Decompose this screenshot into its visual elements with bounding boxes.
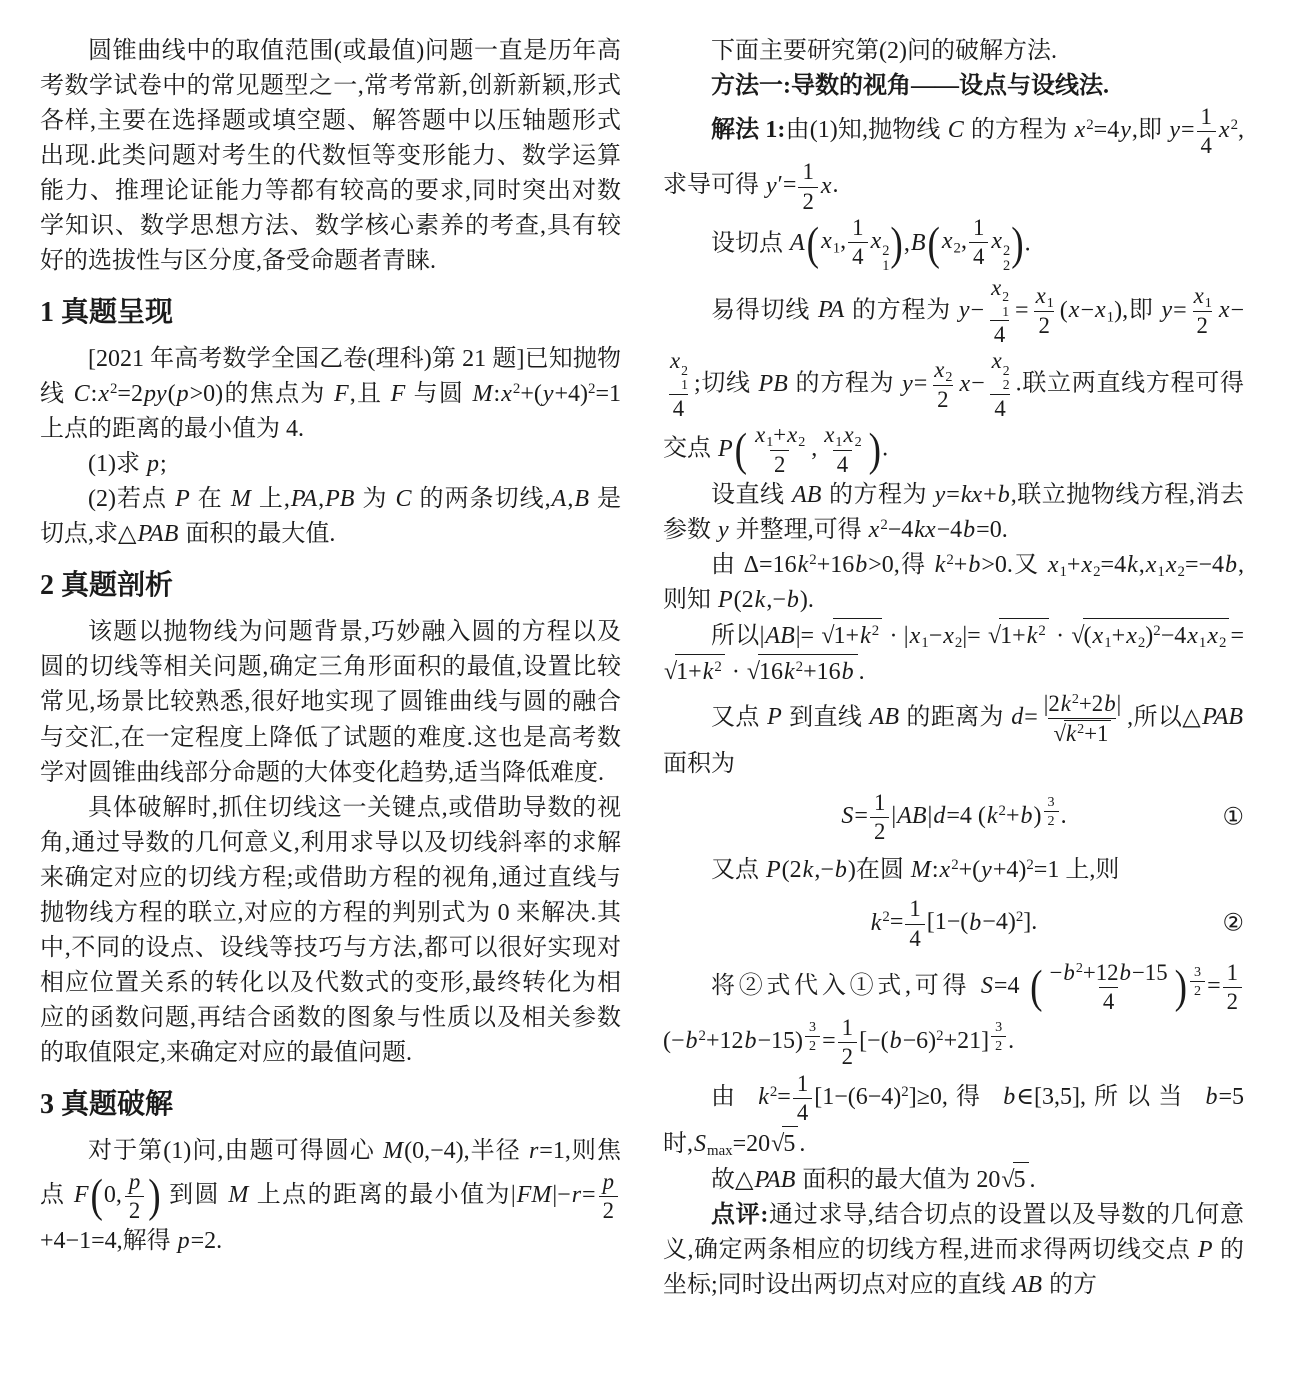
math-variable: b xyxy=(1204,1084,1218,1110)
fraction: 12 xyxy=(838,1015,857,1070)
math-variable: k xyxy=(1065,721,1077,746)
math-variable: k xyxy=(757,1084,770,1110)
fraction: x214 xyxy=(986,275,1013,349)
fraction: 32 xyxy=(991,1019,1006,1055)
math-variable: b xyxy=(1002,1084,1016,1110)
fraction: 12 xyxy=(870,790,889,845)
superscript: 2 xyxy=(1086,117,1093,133)
math-variable: x xyxy=(1218,117,1231,143)
parenthesized-group: (x1+x22,x1x24) xyxy=(734,422,882,478)
math-variable: x xyxy=(868,517,881,543)
sup-sub-stack: 21 xyxy=(1002,290,1009,319)
math-variable: AB xyxy=(896,803,927,829)
math-variable: AB xyxy=(791,482,822,508)
parenthesized-group: (x2,14x22) xyxy=(926,215,1024,275)
fraction: p2 xyxy=(598,1169,619,1224)
fraction: 14 xyxy=(848,215,867,270)
math-variable: x xyxy=(823,422,835,447)
math-variable: x xyxy=(1094,297,1107,323)
math-variable: b xyxy=(744,1028,758,1054)
math-variable: p xyxy=(146,451,160,477)
math-variable: y xyxy=(1168,117,1181,143)
math-variable: S xyxy=(693,1131,707,1157)
fraction: 14 xyxy=(1197,104,1216,159)
sup-sub-stack: 21 xyxy=(681,364,688,393)
math-variable: x xyxy=(991,348,1003,373)
math-variable: x xyxy=(1145,552,1158,578)
math-variable: p xyxy=(602,1169,615,1194)
math-variable: b xyxy=(1020,803,1034,829)
math-variable: M xyxy=(382,1138,404,1164)
fraction: x224 xyxy=(987,348,1014,422)
superscript: 2 xyxy=(714,659,721,675)
superscript: 2 xyxy=(796,659,803,675)
math-variable: k xyxy=(783,659,796,685)
discriminant-paragraph: 由 Δ=16k2+16b>0,得 k2+b>0.又 x1+x2=4k,x1x2=… xyxy=(663,548,1244,618)
subscript: 1 xyxy=(921,636,928,652)
superscript: 2 xyxy=(882,909,889,925)
superscript: 2 xyxy=(770,1084,777,1100)
square-root: √k2+1 xyxy=(1053,720,1111,747)
math-variable: F xyxy=(333,381,350,407)
line-ab-paragraph: 设直线 AB 的方程为 y=kx+b,联立抛物线方程,消去参数 y 并整理,可得… xyxy=(663,478,1244,548)
math-variable: kx xyxy=(913,517,936,543)
superscript: 2 xyxy=(880,517,887,533)
math-variable: b xyxy=(1119,960,1132,985)
math-variable: P xyxy=(1197,1237,1214,1263)
distance-paragraph: 又点 P 到直线 AB 的距离为 d=|2k2+2b|√k2+1,所以△PAB … xyxy=(663,691,1244,782)
superscript: 2 xyxy=(699,1028,706,1044)
math-variable: x xyxy=(842,422,854,447)
math-variable: y xyxy=(1119,117,1132,143)
math-variable: p xyxy=(128,1169,141,1194)
superscript: 2 xyxy=(1038,623,1045,639)
math-variable: M xyxy=(227,1182,249,1208)
math-variable: x xyxy=(1092,623,1105,649)
math-variable: y xyxy=(542,381,555,407)
subscript: 2 xyxy=(955,636,962,652)
subscript: 1 xyxy=(833,240,840,256)
fraction: x12 xyxy=(1031,283,1058,339)
subscript: max xyxy=(707,1143,733,1159)
math-variable: k xyxy=(986,803,999,829)
ab-length-paragraph: 所以|AB|= √1+k2 · |x1−x2|= √1+k2 · √(x1+x2… xyxy=(663,618,1244,690)
solution-1-paragraph: 解法 1:由(1)知,抛物线 C 的方程为 x2=4y,即 y=14x2,求导可… xyxy=(663,104,1244,215)
math-variable: x xyxy=(933,357,945,382)
comment-paragraph: 点评:通过求导,结合切点的设置以及导数的几何意义,确定两条相应的切线方程,进而求… xyxy=(663,1198,1244,1303)
math-variable: x xyxy=(942,623,955,649)
math-variable: F xyxy=(390,381,407,407)
superscript: 2 xyxy=(946,552,953,568)
math-variable: PA xyxy=(817,297,845,323)
superscript: 32 xyxy=(803,1028,822,1044)
fraction: x22 xyxy=(929,357,956,413)
analysis-paragraph-2: 具体破解时,抓住切线这一关键点,或借助导数的视角,通过导数的几何意义,利用求导以… xyxy=(40,791,621,1071)
math-variable: P xyxy=(174,486,191,512)
fraction: 32 xyxy=(1190,964,1205,1000)
bold-run: 解法 1: xyxy=(711,117,785,143)
math-variable: PB xyxy=(324,486,355,512)
square-root: √5 xyxy=(1001,1162,1028,1198)
lead-paragraph: 下面主要研究第(2)问的破解方法. xyxy=(663,34,1244,69)
math-variable: x xyxy=(754,422,766,447)
math-variable: x xyxy=(1074,117,1087,143)
math-variable: x xyxy=(1186,623,1199,649)
fraction: 32 xyxy=(1044,794,1059,830)
math-variable: k xyxy=(702,659,715,685)
math-variable: P xyxy=(717,587,734,613)
math-variable: x xyxy=(941,228,954,254)
math-variable: PA xyxy=(290,486,318,512)
math-variable: S xyxy=(840,803,854,829)
math-variable: p xyxy=(176,381,190,407)
math-variable: y xyxy=(901,371,914,397)
math-variable: PAB xyxy=(136,521,179,547)
square-root: √(x1+x2)2−4x1x2 xyxy=(1071,618,1229,654)
math-variable: y xyxy=(765,173,778,199)
bold-run: 方法一:导数的视角——设点与设线法. xyxy=(711,73,1109,99)
question-2: (2)若点 P 在 M 上,PA,PB 为 C 的两条切线,A,B 是切点,求△… xyxy=(40,482,621,552)
math-variable: x xyxy=(820,173,833,199)
math-variable: b xyxy=(1224,552,1238,578)
math-variable: k xyxy=(1126,552,1139,578)
parenthesized-group: (0,p2) xyxy=(90,1169,162,1224)
superscript: 2 xyxy=(872,623,879,639)
math-variable: k xyxy=(802,857,815,883)
math-variable: A xyxy=(789,230,806,256)
square-root: √1+k2 xyxy=(988,618,1049,654)
question-1: (1)求 p; xyxy=(40,447,621,482)
fraction: 12 xyxy=(798,159,817,214)
square-root: √1+k2 xyxy=(821,618,882,654)
math-variable: x xyxy=(1125,623,1138,649)
subscript: 2 xyxy=(1219,636,1226,652)
math-variable: F xyxy=(73,1182,90,1208)
math-variable: C xyxy=(395,486,413,512)
equation-1-body: S=12|AB|d=4 (k2+b)32. xyxy=(840,790,1066,845)
domain-paragraph: 由 k2=14[1−(6−4)2]≥0,得 b∈[3,5],所以当 b=5 时,… xyxy=(663,1071,1244,1162)
math-variable: x xyxy=(669,348,681,373)
math-variable: k xyxy=(870,910,883,936)
subscript: 1 xyxy=(1104,636,1111,652)
section-heading-1: 1 真题呈现 xyxy=(40,295,621,330)
math-variable: AB xyxy=(764,623,795,649)
sup-sub-stack: 21 xyxy=(882,244,889,274)
math-variable: P xyxy=(765,857,782,883)
square-root: √1+k2 xyxy=(664,654,725,690)
article-page: 圆锥曲线中的取值范围(或最值)问题一直是历年高考数学试卷中的常见题型之一,常考常… xyxy=(0,0,1300,1383)
math-variable: x xyxy=(1035,283,1047,308)
math-variable: b xyxy=(889,1028,903,1054)
math-variable: kx xyxy=(960,482,983,508)
math-variable: C xyxy=(73,381,91,407)
math-variable: b xyxy=(786,587,800,613)
equation-2-body: k2=14[1−(b−4)2]. xyxy=(870,896,1038,951)
math-variable: B xyxy=(573,486,590,512)
method-1-title: 方法一:导数的视角——设点与设线法. xyxy=(663,69,1244,104)
subscript: 2 xyxy=(945,369,952,385)
superscript: 2 xyxy=(999,803,1006,819)
math-variable: y xyxy=(1160,297,1173,323)
tangent-lines-paragraph: 易得切线 PA 的方程为 y−x214=x12(x−x1),即 y=x12x−x… xyxy=(663,275,1244,479)
superscript: 2 xyxy=(110,381,117,397)
superscript: 2 xyxy=(1072,691,1079,707)
subscript: 1 xyxy=(1059,565,1066,581)
subscript: 2 xyxy=(1178,565,1185,581)
superscript: 2 xyxy=(1076,960,1083,976)
equation-1-number: ① xyxy=(1222,800,1244,835)
math-variable: y xyxy=(934,482,947,508)
math-variable: k xyxy=(797,552,810,578)
math-variable: AB xyxy=(1012,1272,1043,1298)
superscript: 2 xyxy=(1016,909,1023,925)
math-variable: x xyxy=(870,228,883,254)
intro-paragraph: 圆锥曲线中的取值范围(或最值)问题一直是历年高考数学试卷中的常见题型之一,常考常… xyxy=(40,34,621,279)
math-variable: x xyxy=(909,623,922,649)
superscript: 2 xyxy=(1077,721,1084,737)
superscript: 32 xyxy=(1188,973,1207,989)
math-variable: AB xyxy=(869,704,900,730)
math-variable: S xyxy=(980,973,994,999)
superscript: 2 xyxy=(901,1084,908,1100)
math-variable: y xyxy=(717,517,730,543)
display-equation-1: S=12|AB|d=4 (k2+b)32. ① xyxy=(663,790,1244,845)
fraction: |2k2+2b|√k2+1 xyxy=(1040,691,1125,747)
subscript: 2 xyxy=(1138,636,1145,652)
tangent-points-paragraph: 设切点 A(x1,14x21),B(x2,14x22). xyxy=(663,215,1244,275)
math-variable: M xyxy=(472,381,494,407)
math-variable: b xyxy=(962,517,976,543)
subscript: 1 xyxy=(766,434,773,450)
math-variable: PB xyxy=(757,371,788,397)
subscript: 1 xyxy=(1107,309,1114,325)
math-variable: PAB xyxy=(753,1167,796,1193)
math-variable: x xyxy=(1068,297,1081,323)
math-variable: b xyxy=(854,552,868,578)
problem-statement-paragraph: [2021 年高考数学全国乙卷(理科)第 21 题]已知抛物线 C:x2=2py… xyxy=(40,342,621,447)
subscript: 2 xyxy=(954,240,961,256)
math-variable: P xyxy=(717,436,734,462)
fraction: 12 xyxy=(1223,960,1242,1015)
substitution-paragraph: 将②式代入①式,可得 S=4 (−b2+12b−154)32=12(−b2+12… xyxy=(663,960,1244,1071)
math-variable: x xyxy=(97,381,110,407)
math-variable: x xyxy=(500,381,513,407)
math-variable: p xyxy=(177,1228,191,1254)
subscript: 2 xyxy=(1093,565,1100,581)
math-variable: x xyxy=(820,228,833,254)
math-variable: PAB xyxy=(1201,704,1244,730)
parenthesized-group: (−b2+12b−154) xyxy=(1029,960,1188,1015)
superscript: 2 xyxy=(1153,623,1160,639)
math-variable: M xyxy=(230,486,252,512)
math-variable: x xyxy=(958,371,971,397)
math-variable: x xyxy=(1080,552,1093,578)
math-variable: x xyxy=(990,228,1003,254)
math-variable: k xyxy=(934,552,947,578)
subscript: 2 xyxy=(798,434,805,450)
math-variable: P xyxy=(766,704,783,730)
math-variable: x xyxy=(939,857,952,883)
fraction: x1+x22 xyxy=(750,422,809,478)
math-variable: M xyxy=(910,857,932,883)
sup-sub-stack: 22 xyxy=(1003,364,1010,393)
math-variable: b xyxy=(997,482,1011,508)
equation-2-number: ② xyxy=(1222,907,1244,942)
math-variable: py xyxy=(143,381,168,407)
subscript: 1 xyxy=(1157,565,1164,581)
fraction: x1x24 xyxy=(819,422,865,478)
math-variable: b xyxy=(834,857,848,883)
math-variable: k xyxy=(859,623,872,649)
math-variable: C xyxy=(947,117,965,143)
superscript: 2 xyxy=(1026,857,1033,873)
math-variable: x xyxy=(1047,552,1060,578)
math-variable: B xyxy=(910,230,927,256)
on-circle-paragraph: 又点 P(2k,−b)在圆 M:x2+(y+4)2=1 上,则 xyxy=(663,853,1244,888)
math-variable: FM xyxy=(516,1182,553,1208)
square-root: √5 xyxy=(771,1126,798,1162)
fraction: x12 xyxy=(1189,283,1216,339)
section-heading-3: 3 真题破解 xyxy=(40,1087,621,1122)
math-variable: b xyxy=(1062,960,1075,985)
subscript: 1 xyxy=(1047,295,1054,311)
math-variable: b xyxy=(968,910,982,936)
math-variable: k xyxy=(754,587,767,613)
section-heading-2: 2 真题剖析 xyxy=(40,568,621,603)
fraction: p2 xyxy=(124,1169,145,1224)
fraction: −b2+12b−154 xyxy=(1046,960,1172,1015)
math-variable: k xyxy=(1026,623,1039,649)
math-variable: b xyxy=(967,552,981,578)
math-variable: d xyxy=(932,803,946,829)
parenthesized-group: (x1,14x21) xyxy=(806,215,904,275)
math-variable: A xyxy=(551,486,568,512)
math-variable: r xyxy=(528,1138,539,1164)
analysis-paragraph-1: 该题以抛物线为问题背景,巧妙融入圆的方程以及圆的切线等相关问题,确定三角形面积的… xyxy=(40,615,621,790)
conclusion-paragraph: 故△PAB 面积的最大值为 20√5. xyxy=(663,1162,1244,1198)
math-variable: x xyxy=(990,275,1002,300)
superscript: 2 xyxy=(951,857,958,873)
fraction: x214 xyxy=(665,348,692,422)
subscript: 1 xyxy=(1205,295,1212,311)
superscript: 2 xyxy=(936,1028,943,1044)
superscript: 2 xyxy=(809,552,816,568)
superscript: 2 xyxy=(1231,117,1238,133)
fraction: 14 xyxy=(793,1071,812,1126)
math-variable: x xyxy=(786,422,798,447)
superscript: 2 xyxy=(588,381,595,397)
left-column: 圆锥曲线中的取值范围(或最值)问题一直是历年高考数学试卷中的常见题型之一,常考常… xyxy=(40,34,621,1377)
math-variable: d xyxy=(1010,704,1024,730)
superscript: 2 xyxy=(513,381,520,397)
bold-run: 点评: xyxy=(711,1202,768,1228)
math-variable: x xyxy=(1193,283,1205,308)
superscript: 32 xyxy=(1042,803,1061,819)
solution-part1-paragraph: 对于第(1)问,由题可得圆心 M(0,−4),半径 r=1,则焦点 F(0,p2… xyxy=(40,1134,621,1259)
fraction: 32 xyxy=(805,1019,820,1055)
math-variable: y xyxy=(980,857,993,883)
math-variable: x xyxy=(1218,297,1231,323)
right-column: 下面主要研究第(2)问的破解方法. 方法一:导数的视角——设点与设线法. 解法 … xyxy=(663,34,1244,1377)
display-equation-2: k2=14[1−(b−4)2]. ② xyxy=(663,896,1244,951)
superscript: 32 xyxy=(989,1028,1008,1044)
math-variable: k xyxy=(1060,691,1072,716)
math-variable: r xyxy=(571,1182,582,1208)
math-variable: b xyxy=(1103,691,1116,716)
fraction: 14 xyxy=(969,215,988,270)
math-variable: y xyxy=(958,297,971,323)
square-root: √16k2+16b xyxy=(747,654,858,690)
math-variable: x xyxy=(1206,623,1219,649)
math-variable: b xyxy=(685,1028,699,1054)
subscript: 2 xyxy=(855,434,862,450)
math-variable: x xyxy=(1165,552,1178,578)
fraction: 14 xyxy=(905,896,924,951)
math-variable: b xyxy=(841,659,855,685)
sup-sub-stack: 22 xyxy=(1003,244,1010,274)
